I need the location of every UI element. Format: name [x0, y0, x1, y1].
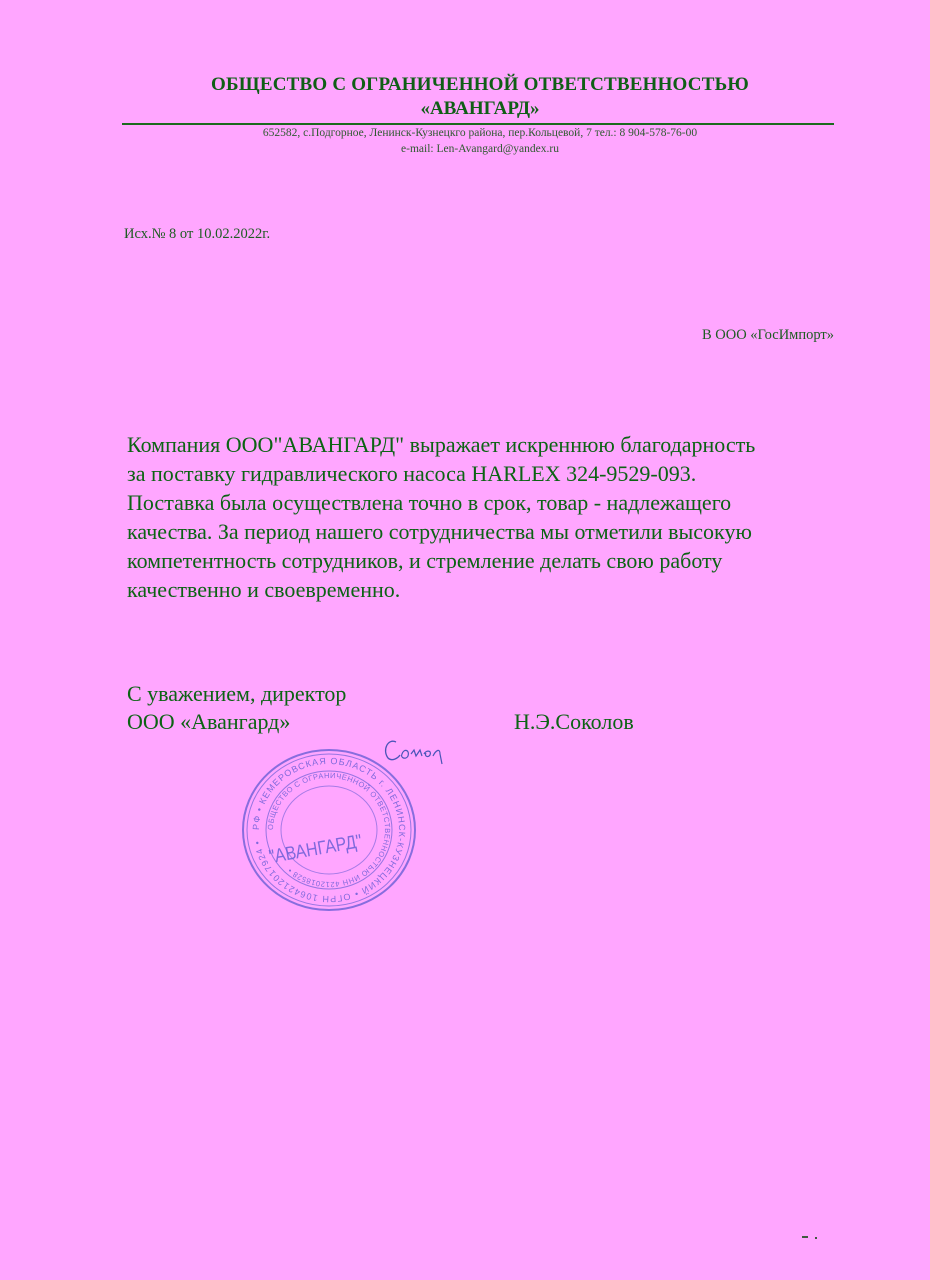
- scan-speck: [815, 1237, 817, 1239]
- stamp-inner-text: ОБЩЕСТВО С ОГРАНИЧЕННОЙ ОТВЕТСТВЕННОСТЬЮ…: [266, 771, 392, 889]
- signer-name: Н.Э.Соколов: [514, 708, 634, 736]
- letterhead-email: e-mail: Len-Avangard@yandex.ru: [120, 143, 840, 155]
- letterhead-divider: [122, 123, 834, 125]
- body-line: Поставка была осуществлена точно в срок,…: [127, 488, 847, 517]
- closing-line-2: ООО «Авангард»: [127, 708, 346, 736]
- letter-body: Компания ООО"АВАНГАРД" выражает искренню…: [127, 430, 847, 604]
- outgoing-reference: Исх.№ 8 от 10.02.2022г.: [124, 226, 270, 243]
- body-line: компетентность сотрудников, и стремление…: [127, 546, 847, 575]
- company-stamp: РФ • КЕМЕРОВСКАЯ ОБЛАСТЬ г. ЛЕНИНСК-КУЗН…: [238, 746, 420, 914]
- body-line: за поставку гидравлического насоса HARLE…: [127, 459, 847, 488]
- closing-block: С уважением, директор ООО «Авангард»: [127, 680, 346, 736]
- body-line: качественно и своевременно.: [127, 575, 847, 604]
- letterhead-org-form: ОБЩЕСТВО С ОГРАНИЧЕННОЙ ОТВЕТСТВЕННОСТЬЮ: [120, 74, 840, 96]
- body-line: качества. За период нашего сотрудничеств…: [127, 517, 847, 546]
- scan-speck: [802, 1236, 808, 1238]
- closing-line-1: С уважением, директор: [127, 680, 346, 708]
- letterhead-org-name: «АВАНГАРД»: [120, 98, 840, 120]
- body-line: Компания ООО"АВАНГАРД" выражает искренню…: [127, 430, 847, 459]
- recipient: В ООО «ГосИмпорт»: [702, 327, 834, 344]
- svg-text:ОБЩЕСТВО С ОГРАНИЧЕННОЙ ОТВЕТС: ОБЩЕСТВО С ОГРАНИЧЕННОЙ ОТВЕТСТВЕННОСТЬЮ…: [266, 771, 392, 889]
- letterhead-address: 652582, с.Подгорное, Ленинск-Кузнецкго р…: [120, 127, 840, 139]
